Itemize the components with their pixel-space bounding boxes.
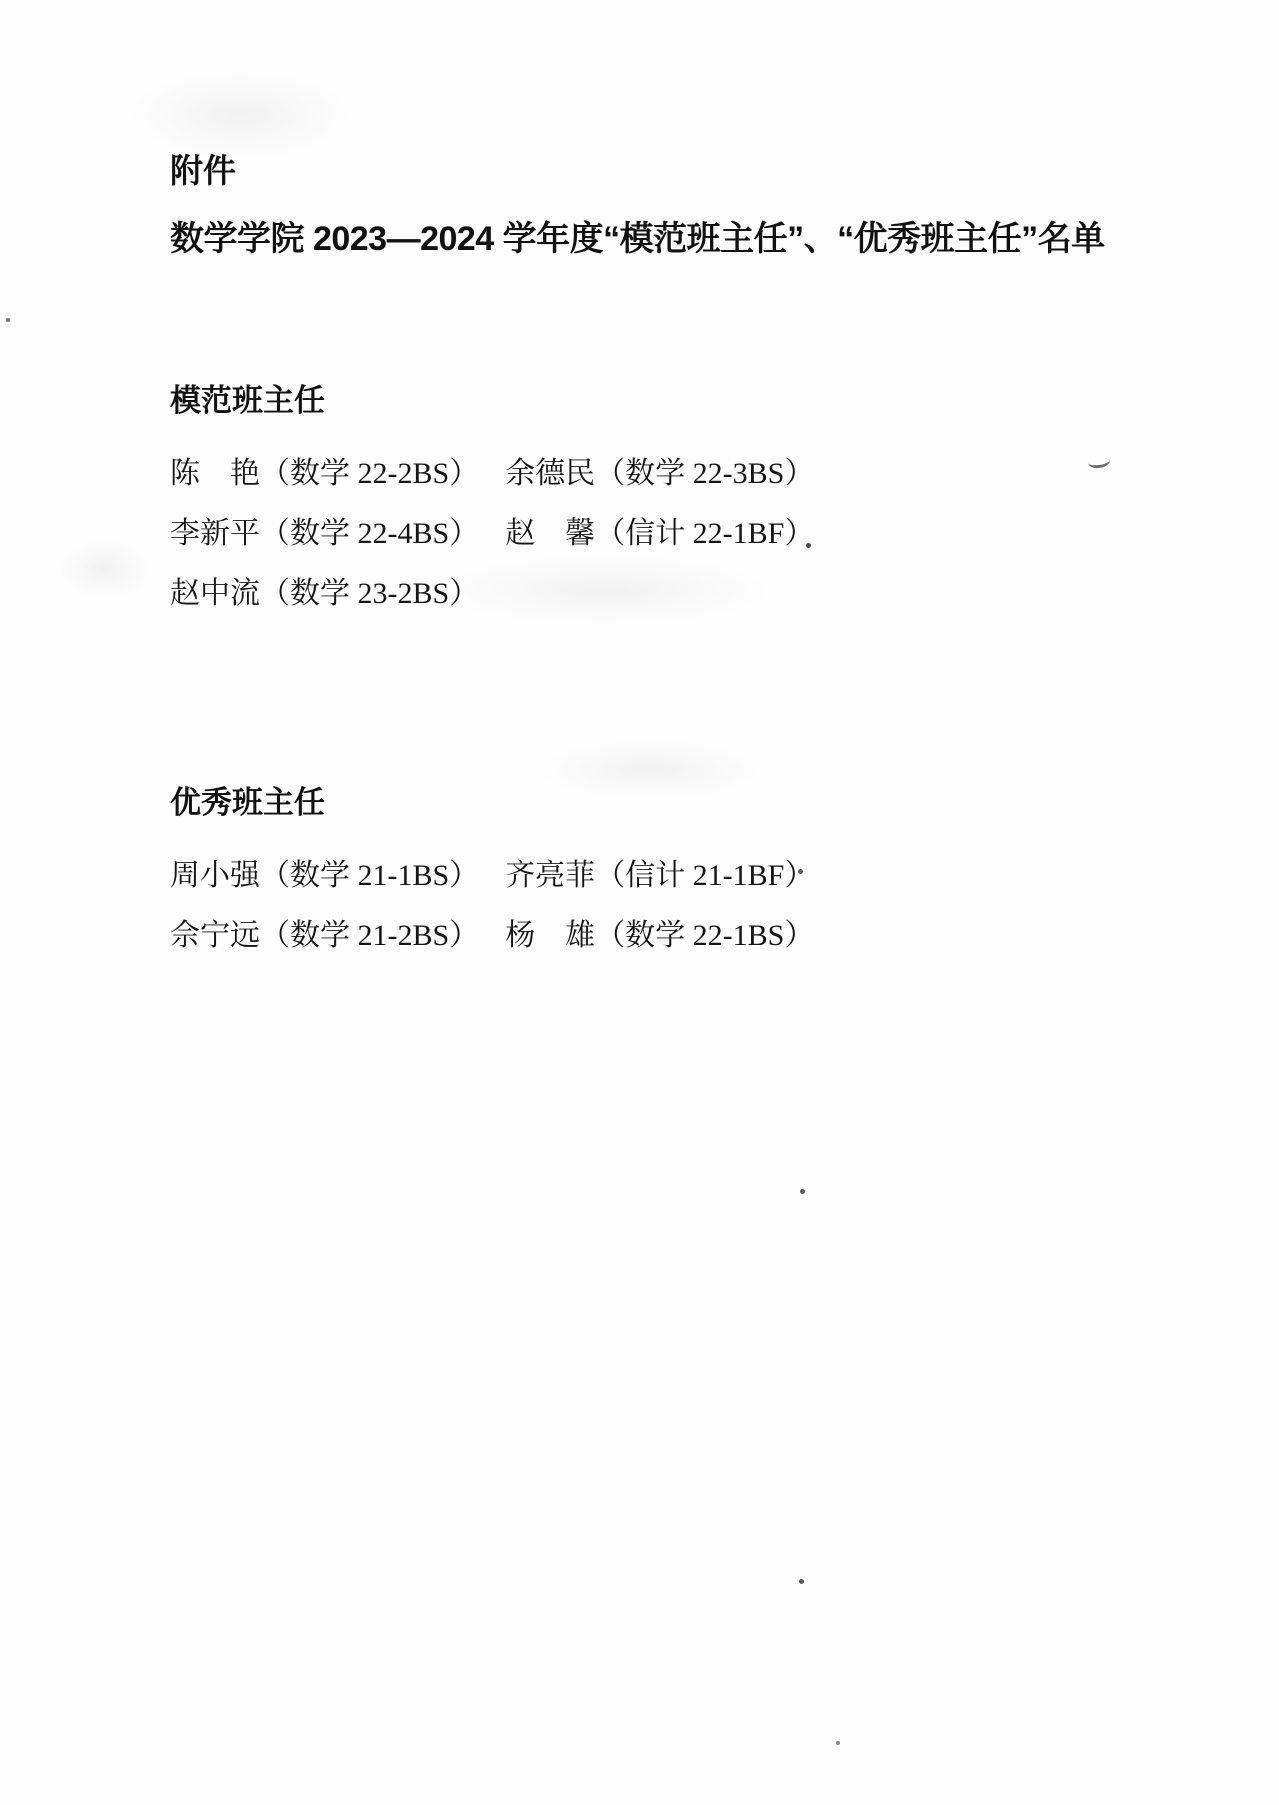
person-class: （数学 21-2BS） bbox=[260, 919, 479, 952]
section-heading: 模范班主任 bbox=[170, 380, 1199, 422]
person-entry: 杨 雄（数学 22-1BS） bbox=[505, 906, 814, 966]
person-name: 余德民 bbox=[505, 457, 595, 490]
person-class: （信计 21-1BF） bbox=[595, 859, 814, 892]
person-entry: 余德民（数学 22-3BS） bbox=[505, 444, 814, 504]
scan-smudge bbox=[60, 540, 150, 600]
person-class: （数学 21-1BS） bbox=[260, 859, 479, 892]
person-name: 杨 雄 bbox=[505, 919, 595, 952]
person-entry: 赵 馨（信计 22-1BF） bbox=[505, 504, 814, 564]
name-row: 李新平（数学 22-4BS）赵 馨（信计 22-1BF） bbox=[170, 504, 1199, 564]
person-entry: 陈 艳（数学 22-2BS） bbox=[170, 444, 479, 504]
name-row: 陈 艳（数学 22-2BS）余德民（数学 22-3BS） bbox=[170, 444, 1199, 504]
name-row: 赵中流（数学 23-2BS） bbox=[170, 564, 1199, 624]
person-class: （数学 23-2BS） bbox=[260, 577, 479, 610]
scan-speck bbox=[799, 1579, 804, 1584]
name-row: 佘宁远（数学 21-2BS）杨 雄（数学 22-1BS） bbox=[170, 906, 1199, 966]
person-class: （数学 22-4BS） bbox=[260, 517, 479, 550]
section-heading: 优秀班主任 bbox=[170, 782, 1199, 824]
person-name: 佘宁远 bbox=[170, 919, 260, 952]
person-name: 陈 艳 bbox=[170, 457, 260, 490]
person-entry: 佘宁远（数学 21-2BS） bbox=[170, 906, 479, 966]
person-entry: 齐亮菲（信计 21-1BF） bbox=[505, 846, 814, 906]
attachment-label: 附件 bbox=[170, 148, 236, 194]
person-name: 赵中流 bbox=[170, 577, 260, 610]
person-entry: 李新平（数学 22-4BS） bbox=[170, 504, 479, 564]
person-class: （数学 22-2BS） bbox=[260, 457, 479, 490]
person-name: 李新平 bbox=[170, 517, 260, 550]
scanned-document-page: 附件 数学学院 2023—2024 学年度“模范班主任”、“优秀班主任”名单 模… bbox=[0, 0, 1279, 1805]
document-title: 数学学院 2023—2024 学年度“模范班主任”、“优秀班主任”名单 bbox=[170, 214, 1105, 264]
scan-smudge bbox=[130, 70, 350, 160]
person-name: 周小强 bbox=[170, 859, 260, 892]
scan-speck bbox=[836, 1741, 840, 1745]
name-row: 周小强（数学 21-1BS）齐亮菲（信计 21-1BF） bbox=[170, 846, 1199, 906]
person-class: （信计 22-1BF） bbox=[595, 517, 814, 550]
scan-speck bbox=[800, 1189, 805, 1194]
scan-speck bbox=[6, 318, 10, 322]
person-name: 赵 馨 bbox=[505, 517, 595, 550]
person-entry: 周小强（数学 21-1BS） bbox=[170, 846, 479, 906]
person-name: 齐亮菲 bbox=[505, 859, 595, 892]
section: 模范班主任陈 艳（数学 22-2BS）余德民（数学 22-3BS）李新平（数学 … bbox=[170, 380, 1199, 624]
person-entry: 赵中流（数学 23-2BS） bbox=[170, 564, 479, 624]
person-class: （数学 22-3BS） bbox=[595, 457, 814, 490]
section: 优秀班主任周小强（数学 21-1BS）齐亮菲（信计 21-1BF）佘宁远（数学 … bbox=[170, 782, 1199, 966]
person-class: （数学 22-1BS） bbox=[595, 919, 814, 952]
